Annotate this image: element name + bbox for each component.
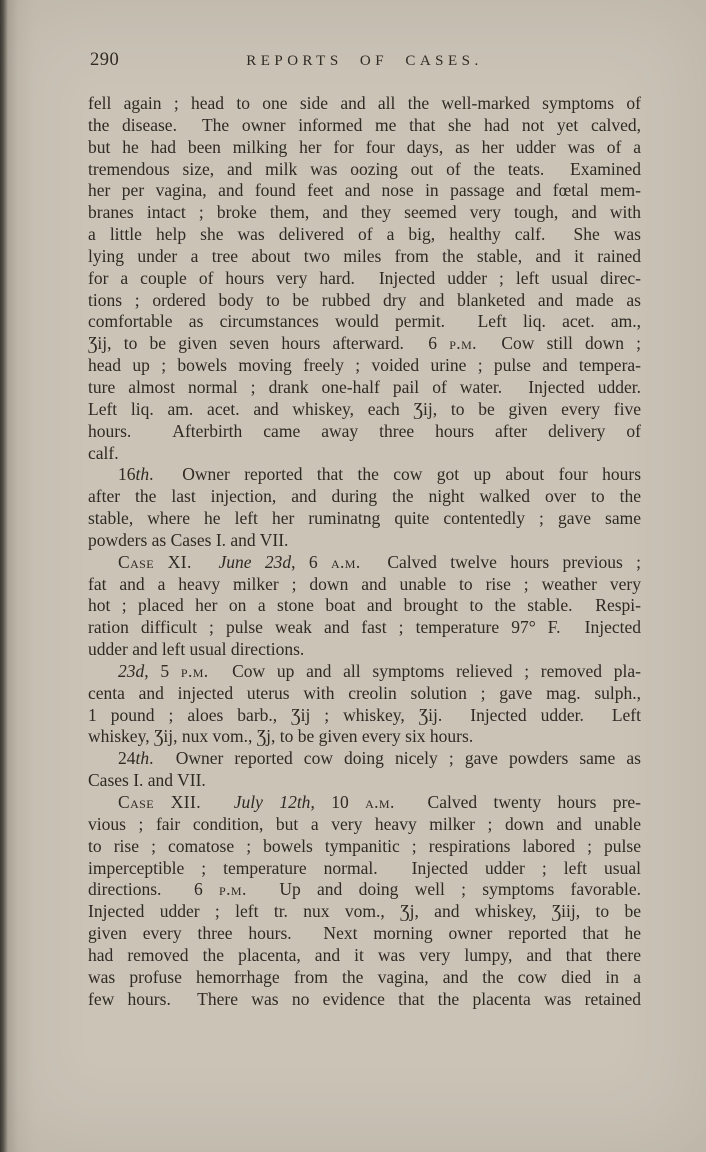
text-line: 1 pound ; aloes barb., Ʒij ; whiskey, Ʒi…	[88, 705, 641, 727]
text-segment: for a couple of hours very hard. Injecte…	[88, 268, 641, 288]
text-segment: a.m.	[331, 552, 361, 572]
text-segment: stable, where he left her ruminatng quit…	[88, 508, 641, 528]
text-line: was profuse hemorrhage from the vagina, …	[88, 967, 641, 989]
text-segment: comfortable as circumstances would permi…	[88, 311, 641, 331]
text-segment: Up and doing well ; symptoms favorable.	[247, 879, 641, 899]
text-segment: directions. 6	[88, 879, 219, 899]
text-line: lying under a tree about two miles from …	[88, 246, 641, 268]
text-segment: fell again ; head to one side and all th…	[88, 93, 641, 113]
text-segment: given every three hours. Next morning ow…	[88, 923, 641, 943]
text-line: ture almost normal ; drank one-half pail…	[88, 377, 641, 399]
text-segment: Ʒij, to be given seven hours afterward. …	[88, 333, 449, 353]
text-line: ration difficult ; pulse weak and fast ;…	[88, 617, 641, 639]
text-segment: vious ; fair condition, but a very heavy…	[88, 814, 641, 834]
text-segment: 16	[118, 464, 136, 484]
text-segment: 24	[118, 748, 136, 768]
text-segment: , 10	[310, 792, 365, 812]
text-segment: Cases I. and VII.	[88, 770, 206, 790]
text-segment: few hours. There was no evidence that th…	[88, 989, 641, 1009]
text-line: stable, where he left her ruminatng quit…	[88, 508, 641, 530]
text-segment: June 23d	[218, 552, 291, 572]
text-segment: ture almost normal ; drank one-half pail…	[88, 377, 641, 397]
text-line: Case XII. July 12th, 10 a.m. Calved twen…	[88, 792, 641, 814]
text-line: imperceptible ; temperature normal. Inje…	[88, 858, 641, 880]
page-text: fell again ; head to one side and all th…	[88, 93, 641, 1010]
text-segment: p.m.	[449, 333, 477, 353]
text-line: fat and a heavy milker ; down and unable…	[88, 574, 641, 596]
text-line: hours. Afterbirth came away three hours …	[88, 421, 641, 443]
text-line: branes intact ; broke them, and they see…	[88, 202, 641, 224]
text-line: tions ; ordered body to be rubbed dry an…	[88, 290, 641, 312]
text-line: 23d, 5 p.m. Cow up and all symptoms reli…	[88, 661, 641, 683]
text-segment: Case XII.	[118, 792, 201, 812]
text-segment: centa and injected uterus with creolin s…	[88, 683, 641, 703]
text-segment: Cow still down ;	[477, 333, 641, 353]
text-segment: Case XI.	[118, 552, 192, 572]
text-segment: head up ; bowels moving freely ; voided …	[88, 355, 641, 375]
text-segment: hours. Afterbirth came away three hours …	[88, 421, 641, 441]
text-line: comfortable as circumstances would permi…	[88, 311, 641, 333]
text-segment: hot ; placed her on a stone boat and bro…	[88, 595, 641, 615]
text-segment: to rise ; comatose ; bowels tympanitic ;…	[88, 836, 641, 856]
text-segment: after the last injection, and during the…	[88, 486, 641, 506]
text-segment: lying under a tree about two miles from …	[88, 246, 641, 266]
text-segment: the disease. The owner informed me that …	[88, 115, 641, 135]
text-segment: a little help she was delivered of a big…	[88, 224, 641, 244]
text-segment: her per vagina, and found feet and nose …	[88, 180, 641, 200]
text-segment: udder and left usual directions.	[88, 639, 304, 659]
text-line: few hours. There was no evidence that th…	[88, 989, 641, 1011]
page-header: 290 REPORTS OF CASES.	[88, 50, 641, 76]
text-segment: 23d	[118, 661, 144, 681]
text-segment: Calved twelve hours previous ;	[361, 552, 641, 572]
text-segment: tions ; ordered body to be rubbed dry an…	[88, 290, 641, 310]
text-line: given every three hours. Next morning ow…	[88, 923, 641, 945]
text-segment	[201, 792, 234, 812]
text-line: head up ; bowels moving freely ; voided …	[88, 355, 641, 377]
text-line: 24th. Owner reported cow doing nicely ; …	[88, 748, 641, 770]
text-line: directions. 6 p.m. Up and doing well ; s…	[88, 879, 641, 901]
text-segment: Injected udder ; left tr. nux vom., Ʒj, …	[88, 901, 641, 921]
text-segment: but he had been milking her for four day…	[88, 137, 641, 157]
text-line: had removed the placenta, and it was ver…	[88, 945, 641, 967]
text-line: Injected udder ; left tr. nux vom., Ʒj, …	[88, 901, 641, 923]
text-line: but he had been milking her for four day…	[88, 137, 641, 159]
text-line: fell again ; head to one side and all th…	[88, 93, 641, 115]
text-segment: July 12th	[234, 792, 311, 812]
text-segment: powders as Cases I. and VII.	[88, 530, 288, 550]
text-line: her per vagina, and found feet and nose …	[88, 180, 641, 202]
text-segment: branes intact ; broke them, and they see…	[88, 202, 641, 222]
text-line: 16th. Owner reported that the cow got up…	[88, 464, 641, 486]
text-segment: imperceptible ; temperature normal. Inje…	[88, 858, 641, 878]
text-line: hot ; placed her on a stone boat and bro…	[88, 595, 641, 617]
text-segment: th	[136, 748, 150, 768]
text-line: whiskey, Ʒij, nux vom., Ʒj, to be given …	[88, 726, 641, 748]
text-segment: p.m.	[181, 661, 209, 681]
text-segment: Left liq. am. acet. and whiskey, each Ʒi…	[88, 399, 641, 419]
text-line: vious ; fair condition, but a very heavy…	[88, 814, 641, 836]
text-line: to rise ; comatose ; bowels tympanitic ;…	[88, 836, 641, 858]
text-line: a little help she was delivered of a big…	[88, 224, 641, 246]
text-line: the disease. The owner informed me that …	[88, 115, 641, 137]
text-segment: Calved twenty hours pre-	[395, 792, 641, 812]
text-line: calf.	[88, 443, 641, 465]
text-line: Left liq. am. acet. and whiskey, each Ʒi…	[88, 399, 641, 421]
text-segment: . Owner reported that the cow got up abo…	[149, 464, 641, 484]
text-line: Cases I. and VII.	[88, 770, 641, 792]
running-title: REPORTS OF CASES.	[88, 53, 641, 70]
text-segment: , 6	[291, 552, 331, 572]
page-gutter-shadow	[0, 0, 34, 1152]
text-line: centa and injected uterus with creolin s…	[88, 683, 641, 705]
text-line: powders as Cases I. and VII.	[88, 530, 641, 552]
text-segment: had removed the placenta, and it was ver…	[88, 945, 641, 965]
text-line: tremendous size, and milk was oozing out…	[88, 159, 641, 181]
text-segment	[192, 552, 219, 572]
text-segment: Cow up and all symptoms relieved ; remov…	[209, 661, 641, 681]
text-segment: whiskey, Ʒij, nux vom., Ʒj, to be given …	[88, 726, 473, 746]
text-segment: fat and a heavy milker ; down and unable…	[88, 574, 641, 594]
text-line: Case XI. June 23d, 6 a.m. Calved twelve …	[88, 552, 641, 574]
text-line: Ʒij, to be given seven hours afterward. …	[88, 333, 641, 355]
book-page: 290 REPORTS OF CASES. fell again ; head …	[0, 0, 706, 1152]
text-segment: 1 pound ; aloes barb., Ʒij ; whiskey, Ʒi…	[88, 705, 641, 725]
text-line: for a couple of hours very hard. Injecte…	[88, 268, 641, 290]
text-segment: p.m.	[219, 879, 247, 899]
text-segment: . Owner reported cow doing nicely ; gave…	[149, 748, 641, 768]
text-segment: , 5	[144, 661, 181, 681]
text-segment: calf.	[88, 443, 119, 463]
text-segment: a.m.	[365, 792, 395, 812]
text-segment: ration difficult ; pulse weak and fast ;…	[88, 617, 641, 637]
text-line: udder and left usual directions.	[88, 639, 641, 661]
text-segment: th	[136, 464, 150, 484]
text-segment: was profuse hemorrhage from the vagina, …	[88, 967, 641, 987]
text-segment: tremendous size, and milk was oozing out…	[88, 159, 641, 179]
text-line: after the last injection, and during the…	[88, 486, 641, 508]
